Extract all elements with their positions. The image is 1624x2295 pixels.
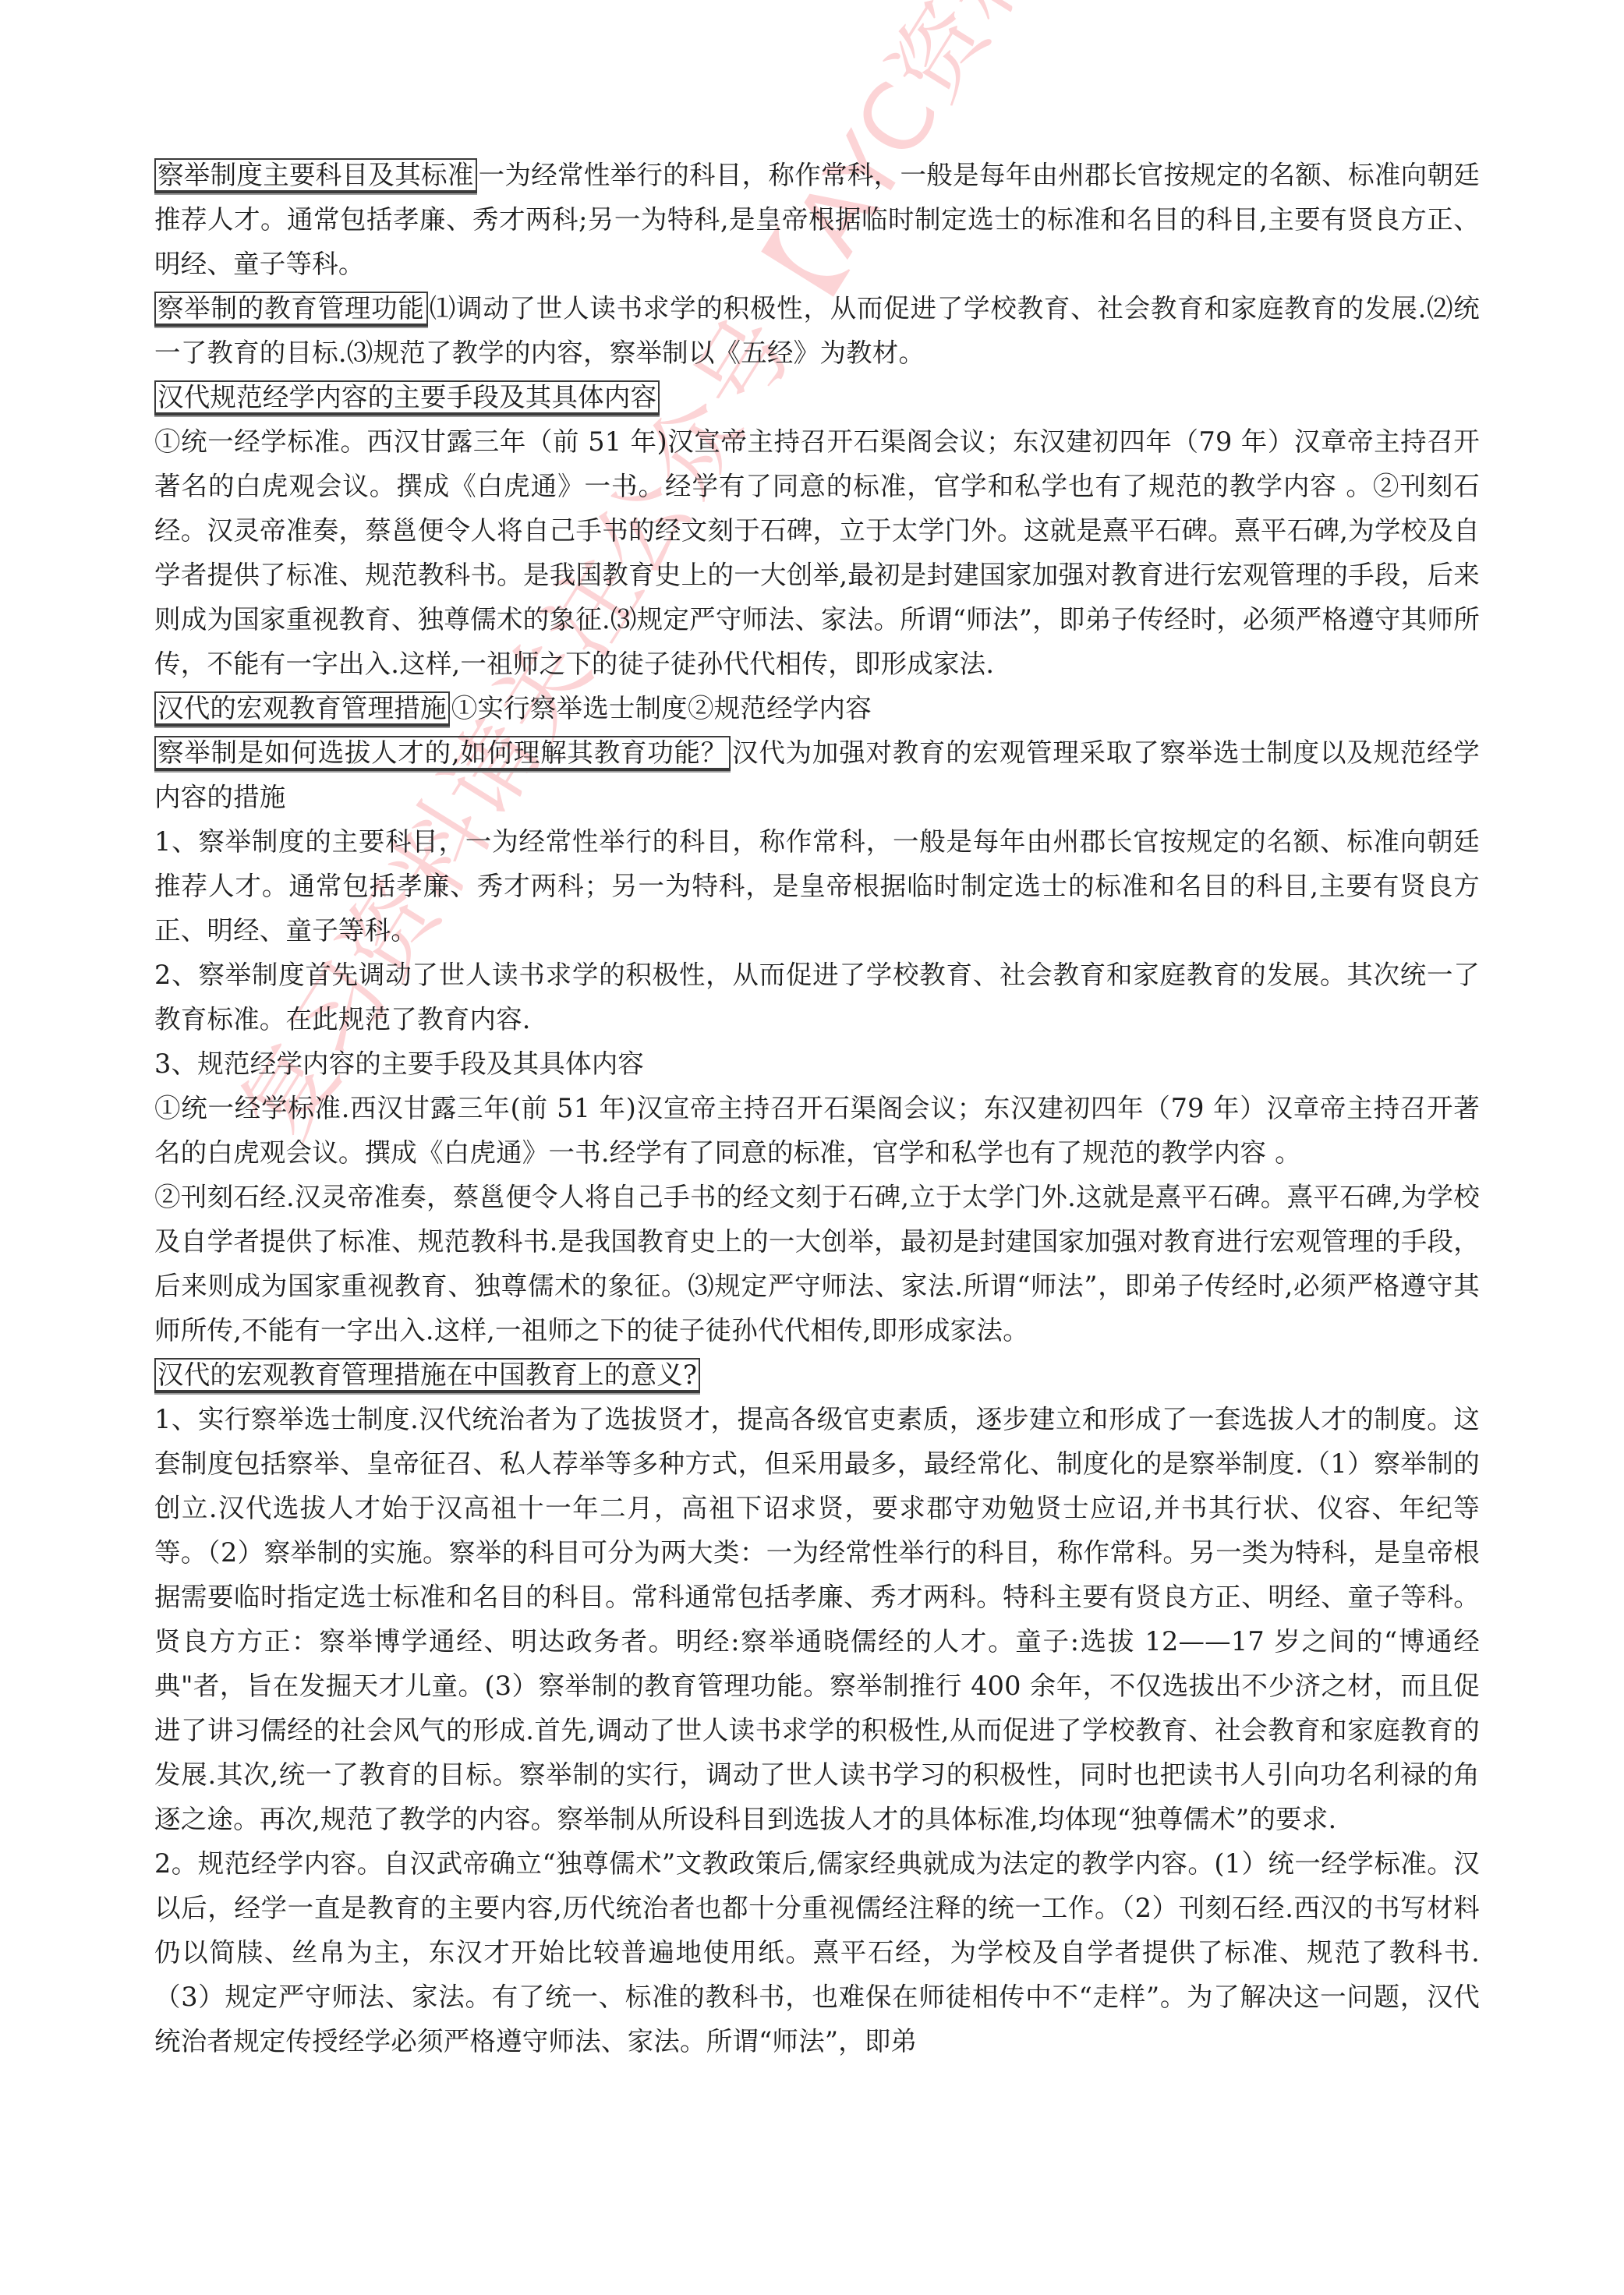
paragraph-significance-heading: 汉代的宏观教育管理措施在中国教育上的意义? [154,1353,1480,1397]
paragraph-answer-3-1: ①统一经学标准.西汉甘露三年(前 51 年)汉宣帝主持召开石渠阁会议；东汉建初四… [154,1086,1480,1175]
paragraph-answer-3-2: ②刊刻石经.汉灵帝准奏，蔡邕便令人将自己手书的经文刻于石碑,立于太学门外.这就是… [154,1175,1480,1353]
paragraph-text: 2。规范经学内容。自汉武帝确立“独尊儒术”文教政策后,儒家经典就成为法定的教学内… [154,1848,1480,2056]
paragraph-heading-only: 汉代规范经学内容的主要手段及其具体内容 [154,375,1480,419]
paragraph-text: 1、实行察举选士制度.汉代统治者为了选拔贤才，提高各级官吏素质，逐步建立和形成了… [154,1404,1480,1834]
boxed-heading: 汉代规范经学内容的主要手段及其具体内容 [154,380,660,416]
boxed-heading: 汉代的宏观教育管理措施 [154,691,450,727]
paragraph-question: 察举制是如何选拔人才的,如何理解其教育功能？汉代为加强对教育的宏观管理采取了察举… [154,730,1480,819]
paragraph-classics-content: ①统一经学标准。西汉甘露三年（前 51 年)汉宣帝主持召开石渠阁会议；东汉建初四… [154,419,1480,686]
boxed-heading: 汉代的宏观教育管理措施在中国教育上的意义? [154,1358,700,1393]
paragraph-significance-2: 2。规范经学内容。自汉武帝确立“独尊儒术”文教政策后,儒家经典就成为法定的教学内… [154,1841,1480,2063]
boxed-heading: 察举制是如何选拔人才的,如何理解其教育功能？ [154,736,731,771]
paragraph-text: 1、察举制度的主要科目，一为经常性举行的科目，称作常科，一般是每年由州郡长官按规… [154,826,1480,946]
paragraph-text: ②刊刻石经.汉灵帝准奏，蔡邕便令人将自己手书的经文刻于石碑,立于太学门外.这就是… [154,1182,1480,1346]
paragraph-text: 3、规范经学内容的主要手段及其具体内容 [154,1048,644,1079]
paragraph-text: 2、察举制度首先调动了世人读书求学的积极性，从而促进了学校教育、社会教育和家庭教… [154,960,1480,1034]
paragraph-text: ①统一经学标准.西汉甘露三年(前 51 年)汉宣帝主持召开石渠阁会议；东汉建初四… [154,1093,1480,1168]
document-body: 察举制度主要科目及其标准一为经常性举行的科目，称作常科，一般是每年由州郡长官按规… [154,153,1480,2063]
paragraph-answer-2: 2、察举制度首先调动了世人读书求学的积极性，从而促进了学校教育、社会教育和家庭教… [154,953,1480,1041]
paragraph-macro-measures: 汉代的宏观教育管理措施①实行察举选士制度②规范经学内容 [154,686,1480,730]
paragraph-text: ①实行察举选士制度②规范经学内容 [451,693,872,723]
paragraph-management-function: 察举制的教育管理功能⑴调动了世人读书求学的积极性，从而促进了学校教育、社会教育和… [154,286,1480,375]
paragraph-qualification-subjects: 察举制度主要科目及其标准一为经常性举行的科目，称作常科，一般是每年由州郡长官按规… [154,153,1480,286]
paragraph-text: ①统一经学标准。西汉甘露三年（前 51 年)汉宣帝主持召开石渠阁会议；东汉建初四… [154,426,1480,679]
boxed-heading: 察举制度主要科目及其标准 [154,158,477,193]
paragraph-answer-3: 3、规范经学内容的主要手段及其具体内容 [154,1041,1480,1086]
paragraph-answer-1: 1、察举制度的主要科目，一为经常性举行的科目，称作常科，一般是每年由州郡长官按规… [154,819,1480,953]
paragraph-significance-1: 1、实行察举选士制度.汉代统治者为了选拔贤才，提高各级官吏素质，逐步建立和形成了… [154,1397,1480,1841]
boxed-heading: 察举制的教育管理功能 [154,292,428,327]
